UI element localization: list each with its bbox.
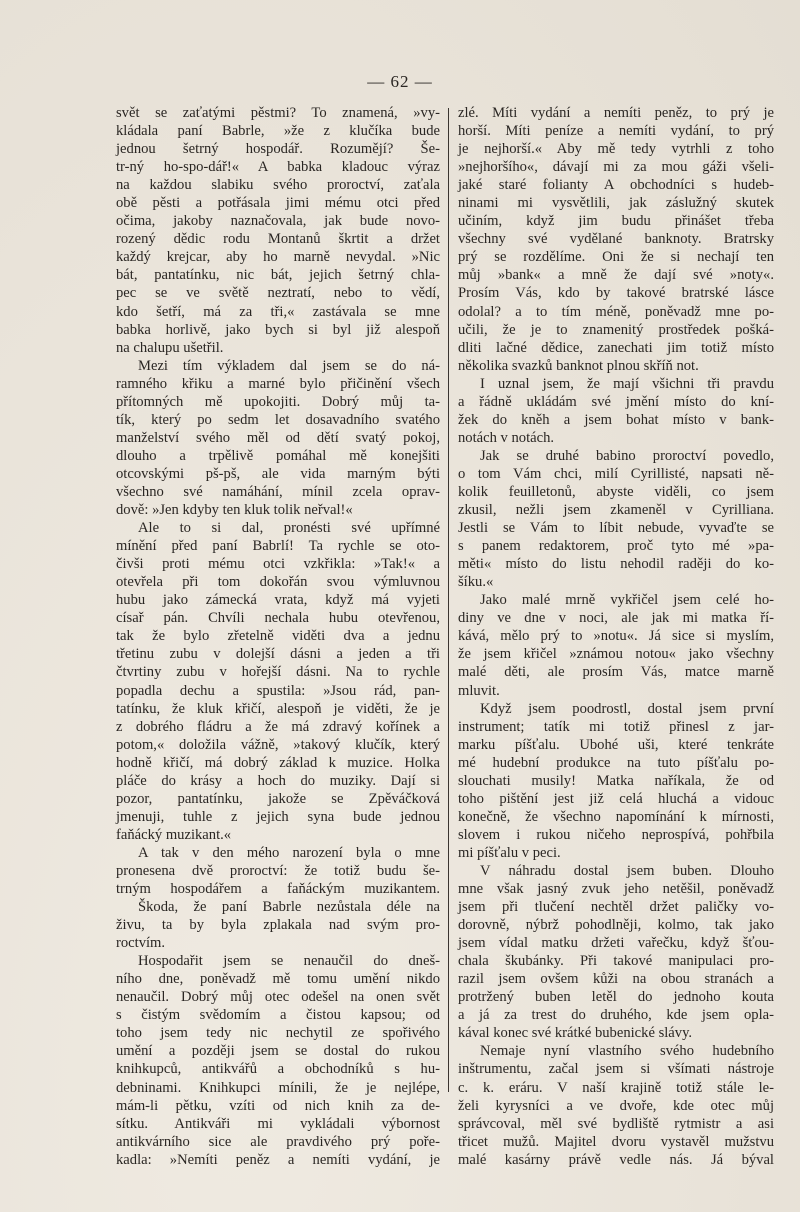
text-line: mínění před paní Babrlí! Ta rychle se ot…: [116, 537, 440, 555]
text-line: Jak se druhé babino proroctví povedlo,: [458, 447, 774, 465]
text-line: šíku.«: [458, 573, 774, 591]
text-line: všechny své vydělané banknoty. Bratrsky: [458, 230, 774, 248]
text-line: očima, jakoby naznačovala, jak bude novo…: [116, 212, 440, 230]
text-line: rozený dědic rodu Montanů škrtit a držet: [116, 230, 440, 248]
text-line: císař pán. Chvíli nechala hubu otevřenou…: [116, 609, 440, 627]
text-line: chala škubánky. Při takové manipulaci pr…: [458, 952, 774, 970]
text-line: čivši proti mému otci vzkřikla: »Tak!« a: [116, 555, 440, 573]
text-line: malé děti, ale prosím Vás, matce marně: [458, 663, 774, 681]
text-line: Když jsem poodrostl, dostal jsem první: [458, 700, 774, 718]
text-line: jednou šetrný hospodář. Rozumějí? Še-: [116, 140, 440, 158]
text-line: tatínku, že kluk křičí, alespoň je vidět…: [116, 700, 440, 718]
text-line: otevřela při tom dokořán svou výmluvnou: [116, 573, 440, 591]
text-line: tík, který po sedm let dosavadního svaté…: [116, 411, 440, 429]
text-line: učili, že je to znamenitý prostředek poš…: [458, 321, 774, 339]
text-line: kládala paní Babrle, »že z klučíka bude: [116, 122, 440, 140]
text-line: umění a později jsem se dostal do rukou: [116, 1042, 440, 1060]
text-line: žek do kněh a jsem bohat místo v bank-: [458, 411, 774, 429]
text-line: Hospodařit jsem se nenaučil do dneš-: [116, 952, 440, 970]
text-line: dorovně, nýbrž pohodlněji, kolmo, tak ja…: [458, 916, 774, 934]
text-line: s čistým svědomím a čistou kapsou; od: [116, 1006, 440, 1024]
text-line: všechno své namáhání, mínil zcela oprav-: [116, 483, 440, 501]
text-line: Prosím Vás, kdo by takové bratrské lásce: [458, 284, 774, 302]
text-line: mé hudební produkce na tuto píšťalu po-: [458, 754, 774, 772]
text-line: Nemaje nyní vlastního svého hudebního: [458, 1042, 774, 1060]
text-line: slovem i rukou ničeho neprospívá, pohřbi…: [458, 826, 774, 844]
text-line: obě pěsti a potřásala jimi mému otci pře…: [116, 194, 440, 212]
text-line: notách v notách.: [458, 429, 774, 447]
text-line: I uznal jsem, že mají všichni tři pravdu: [458, 375, 774, 393]
text-line: slouchati musily! Matka naříkala, že od: [458, 772, 774, 790]
text-line: manželství svého měl od dětí svatý pokoj…: [116, 429, 440, 447]
text-line: razil jsem ovšem kůži na obou stranách a: [458, 970, 774, 988]
text-line: mluvit.: [458, 682, 774, 700]
text-line: ramného křiku a marné bylo přičinění vše…: [116, 375, 440, 393]
text-line: můj »bank« a mně že dají své »noty«.: [458, 266, 774, 284]
text-line: kával konec své krátké bubenické slávy.: [458, 1024, 774, 1042]
text-line: pozor, pantatínku, jakože se Zpěváčková: [116, 790, 440, 808]
text-line: měti« místo do listu nehodil raději do k…: [458, 555, 774, 573]
text-line: že jsem křičel »známou notou« jako všech…: [458, 645, 774, 663]
text-line: debninami. Knihkupci mínili, že je nejlé…: [116, 1079, 440, 1097]
text-line: na každou slabiku svého proroctví, zaťal…: [116, 176, 440, 194]
text-line: toho jsem tedy nic nechytil ze spořivého: [116, 1024, 440, 1042]
text-line: babka horlivě, jako bych si byl již ales…: [116, 321, 440, 339]
text-line: knihkupců, antikvářů a obchodníků s hu-: [116, 1060, 440, 1078]
text-line: každý krejcar, aby ho marně nevydal. »Ni…: [116, 248, 440, 266]
text-line: faňácký muzikant.«: [116, 826, 440, 844]
text-line: mne však jasný zvuk jeho netěšil, poněva…: [458, 880, 774, 898]
text-line: zkusil, nežli jsem zkameněl v Cyrilliana…: [458, 501, 774, 519]
text-line: třetinu zubu v dolejší dásni a jeden a t…: [116, 645, 440, 663]
text-line: c. k. eráru. V naší krajině totiž stále …: [458, 1079, 774, 1097]
text-line: živu, ta by byla zplakala nad svým pro-: [116, 916, 440, 934]
text-line: jmenuji, tuhle z jejich syna bude jednou: [116, 808, 440, 826]
column-divider: [448, 108, 449, 1092]
text-line: jaké staré folianty A obchodníci s hudeb…: [458, 176, 774, 194]
text-line: tak že bylo zřetelně viděti dva a jednu: [116, 627, 440, 645]
text-line: z dobrého fládru a že má zdravý kořínek …: [116, 718, 440, 736]
text-line: dlouho a trpělivě pomáhal mě konejšiti: [116, 447, 440, 465]
text-line: diny ve dne v noci, ale jak mi matka ří-: [458, 609, 774, 627]
text-line: na chalupu ušetřil.: [116, 339, 440, 357]
text-line: nenaučil. Dobrý můj otec odešel na onen …: [116, 988, 440, 1006]
text-line: mám-li pětku, vzíti od nich knih za de-: [116, 1097, 440, 1115]
text-line: trným hospodářem a faňáckým muzikantem.: [116, 880, 440, 898]
text-line: pec se ve světě neztratí, nebo to vědí,: [116, 284, 440, 302]
text-line: »nejhoršího«, dávají mi za mou gáži všel…: [458, 158, 774, 176]
text-line: Škoda, že paní Babrle nezůstala déle na: [116, 898, 440, 916]
text-line: marku píšťalu. Ubohé uši, které tenkráte: [458, 736, 774, 754]
text-line: Jako malé mrně vykřičel jsem celé ho-: [458, 591, 774, 609]
text-line: Jestli se Vám to líbit nebude, vyvaďte s…: [458, 519, 774, 537]
text-line: dově: »Jen kdyby ten kluk tolik neřval!«: [116, 501, 440, 519]
text-line: hodně křičí, má dobrý základ k muzice. H…: [116, 754, 440, 772]
text-line: odolal? a to tím méně, poněvadž mne po-: [458, 303, 774, 321]
text-line: protržený buben letěl do jednoho kouta: [458, 988, 774, 1006]
text-line: prý se rozdělíme. Oni že si nechají ten: [458, 248, 774, 266]
text-line: přítomných mě upokojiti. Dobrý můj ta-: [116, 393, 440, 411]
text-line: kává, mělo prý to »notu«. Já sice si mys…: [458, 627, 774, 645]
text-line: dliti lačné dědice, zanechati jim totiž …: [458, 339, 774, 357]
text-line: instrument; tatík mi totiž přinesl z jar…: [458, 718, 774, 736]
page-number: — 62 —: [0, 72, 800, 92]
text-line: antikvárního sice ale pravdivého prý poř…: [116, 1133, 440, 1151]
text-line: o tom Vám chci, milí Cyrillisté, napsati…: [458, 465, 774, 483]
text-line: je nejhorší.« Aby mě tedy vytrhli z toho: [458, 140, 774, 158]
text-line: kolik feuilletonů, abyste viděli, co jse…: [458, 483, 774, 501]
text-line: popadla dechu a spustila: »Jsou rád, pan…: [116, 682, 440, 700]
text-line: Mezi tím výkladem dal jsem se do ná-: [116, 357, 440, 375]
right-text-column: zlé. Míti vydání a nemíti peněz, to prý …: [458, 104, 774, 1169]
text-line: roctvím.: [116, 934, 440, 952]
text-line: a řádně ukládám své jmění místo do kní-: [458, 393, 774, 411]
text-line: Ale to si dal, pronésti své upřímné: [116, 519, 440, 537]
text-line: svět se zaťatými pěstmi? To znamená, »vy…: [116, 104, 440, 122]
text-line: inštrumentu, začal jsem si všímati nástr…: [458, 1060, 774, 1078]
text-line: konečně, že všechno napomínání k mírnost…: [458, 808, 774, 826]
text-line: sítku. Antikváři mi vykládali výbornost: [116, 1115, 440, 1133]
text-line: malé kasárny právě vedle nás. Já býval: [458, 1151, 774, 1169]
text-line: správcoval, měl své bydliště rytmistr a …: [458, 1115, 774, 1133]
text-line: učiním, když jim budu přinášet třeba: [458, 212, 774, 230]
text-line: potom,« doložila vážně, »takový klučík, …: [116, 736, 440, 754]
text-line: pláče do krásy a hoch do muziky. Dají si: [116, 772, 440, 790]
text-line: V náhradu dostal jsem buben. Dlouho: [458, 862, 774, 880]
text-line: kdo šetří, má za tři,« zastávala se mne: [116, 303, 440, 321]
text-line: želi kyrysníci a ve dvoře, kde otec můj: [458, 1097, 774, 1115]
text-line: s panem redaktorem, proč tyto mé »pa-: [458, 537, 774, 555]
text-line: několika svazků banknot plnou skříň not.: [458, 357, 774, 375]
text-line: A tak v den mého narození byla o mne: [116, 844, 440, 862]
text-line: tr-ný ho-spo-dář!« A babka kladouc výraz: [116, 158, 440, 176]
text-line: toho pištění jest již celá hluchá a vido…: [458, 790, 774, 808]
text-line: jsem při tlučení nechtěl držet paličky v…: [458, 898, 774, 916]
text-line: horší. Míti peníze a nemíti vydání, to p…: [458, 122, 774, 140]
text-line: otcovskými pš-pš, ale vida marným býti: [116, 465, 440, 483]
left-text-column: svět se zaťatými pěstmi? To znamená, »vy…: [116, 104, 440, 1169]
text-line: kadla: »Nemíti peněz a nemíti vydání, je: [116, 1151, 440, 1169]
text-line: jsem vídal matku držeti vařečku, když šť…: [458, 934, 774, 952]
text-line: hubu jako zámecká vrata, když má vyjeti: [116, 591, 440, 609]
text-line: bát, pantatínku, nic bát, jejich šetrný …: [116, 266, 440, 284]
text-line: zlé. Míti vydání a nemíti peněz, to prý …: [458, 104, 774, 122]
text-line: mi píšťalu v peci.: [458, 844, 774, 862]
text-line: pronesena dvě proroctví: že totiž budu š…: [116, 862, 440, 880]
text-line: ninami mi vysvětlili, jak záslužný skute…: [458, 194, 774, 212]
text-line: ního dne, poněvadž mě tomu umění nikdo: [116, 970, 440, 988]
text-line: a já za trest do druhého, kde jsem opla-: [458, 1006, 774, 1024]
text-line: třicet mužů. Majitel dvoru vystavěl mužs…: [458, 1133, 774, 1151]
text-line: čtvrtiny zubu v hořejší dásni. Na to ryc…: [116, 663, 440, 681]
